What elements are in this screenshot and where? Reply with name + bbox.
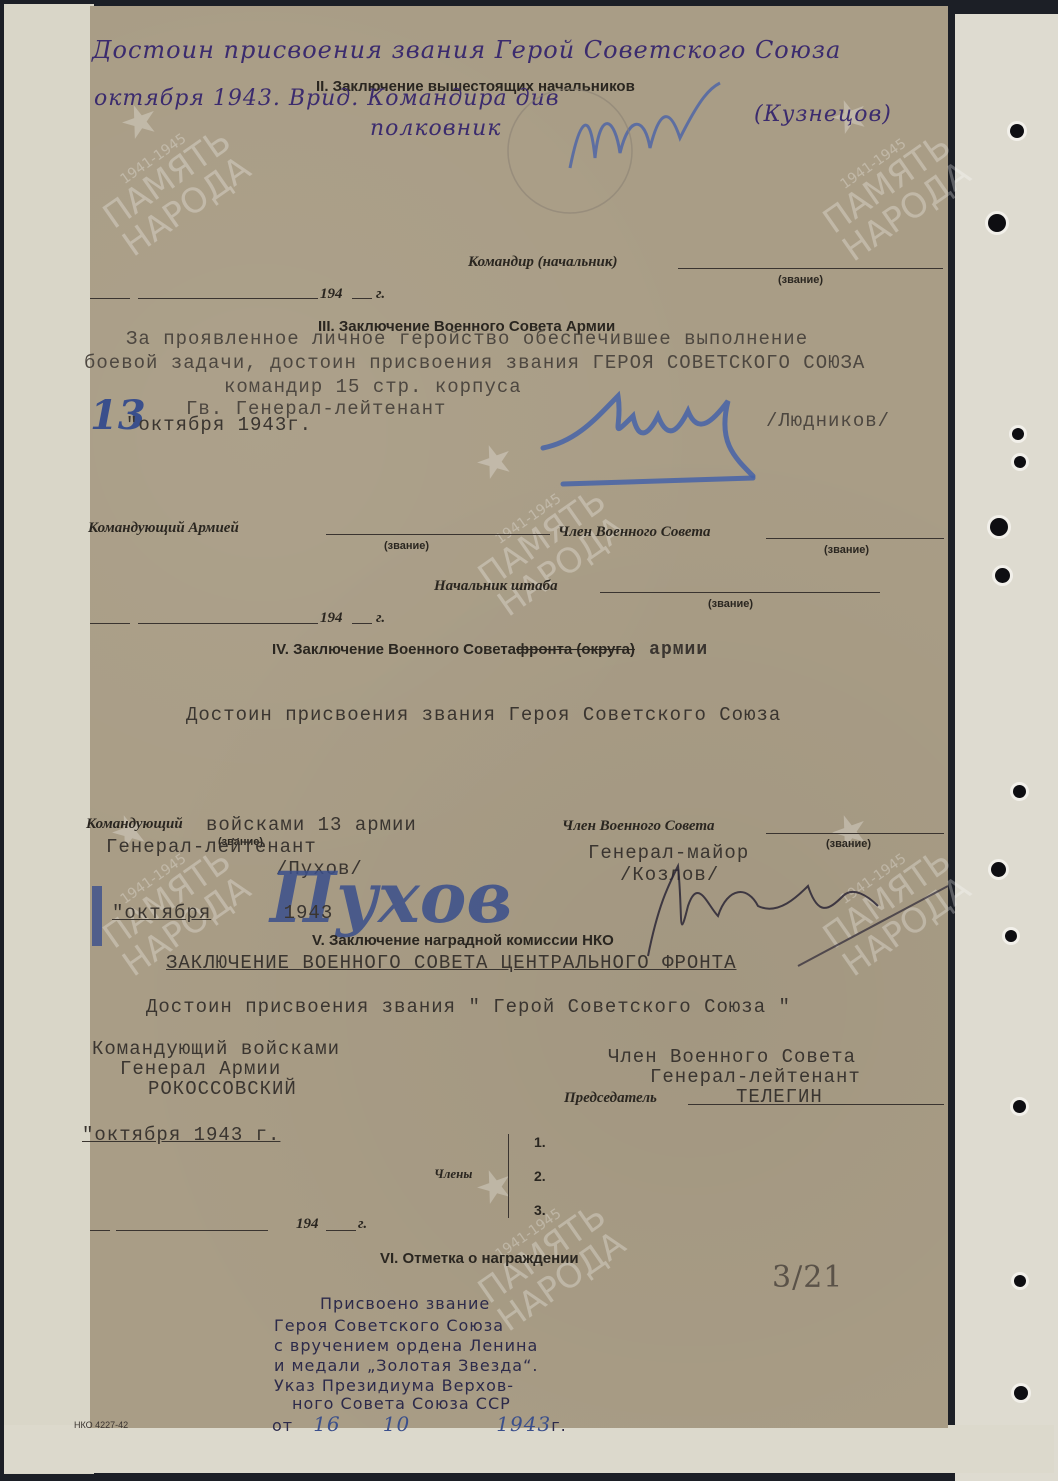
typed-chairman-name: ТЕЛЕГИН	[736, 1086, 823, 1108]
typed-front-council-heading: ЗАКЛЮЧЕНИЕ ВОЕННОГО СОВЕТА ЦЕНТРАЛЬНОГО …	[166, 952, 737, 974]
date-year-line	[352, 623, 372, 624]
date-day-line	[90, 298, 130, 299]
date-day-line	[90, 623, 130, 624]
rank-caption: (звание)	[826, 838, 871, 850]
punch-hole	[1014, 1386, 1028, 1400]
award-stamp-line-4: и медали „Золотая Звезда“.	[274, 1356, 538, 1375]
council-member-rank-line	[766, 538, 944, 539]
section-4-heading-army: армии	[649, 640, 708, 660]
member-3: 3.	[534, 1202, 546, 1218]
date-year-suffix: г.	[376, 286, 385, 303]
award-stamp-line-5: Указ Президиума Верхов-	[274, 1376, 514, 1395]
rank-caption: (звание)	[384, 540, 429, 552]
award-stamp-date: от 16 10 1943г.	[272, 1412, 567, 1436]
typed-council-name: /Козлов/	[620, 864, 719, 886]
army-commander-rank-line	[326, 534, 550, 535]
typed-signer-name: /Людников/	[766, 410, 890, 432]
date-year-prefix: 194	[320, 286, 343, 303]
punch-hole	[1012, 428, 1024, 440]
watermark-star-icon: ★	[467, 1156, 522, 1217]
rank-caption: (звание)	[708, 598, 753, 610]
stamp-year: 1943	[496, 1412, 551, 1436]
watermark: 1941-1945 ПАМЯТЬ НАРОДА	[810, 117, 977, 268]
backing-sheet-left	[4, 4, 94, 1474]
date-year-prefix: 194	[296, 1216, 319, 1233]
commander-label: Командир (начальник)	[468, 254, 618, 271]
section-4-heading: IV. Заключение Военного Советафронта (ок…	[272, 640, 708, 660]
handwritten-recommendation: Достоин присвоения звания Герой Советско…	[92, 36, 841, 64]
typed-signer-position: командир 15 стр. корпуса	[224, 376, 522, 398]
punch-hole	[991, 862, 1006, 877]
member-2: 2.	[534, 1168, 546, 1184]
blue-pencil-mark	[92, 886, 102, 946]
chairman-label: Председатель	[564, 1090, 657, 1107]
date-day-line	[90, 1230, 110, 1231]
commander-rank-line	[678, 268, 943, 269]
punch-hole	[1010, 124, 1024, 138]
typed-commander-rank: Генерал-лейтенант	[106, 836, 317, 858]
punch-hole	[1005, 930, 1017, 942]
punch-hole	[990, 518, 1008, 536]
date-month-line	[116, 1230, 268, 1231]
typed-front-commander-name: РОКОССОВСКИЙ	[148, 1078, 297, 1100]
backing-sheet-right	[955, 14, 1058, 1481]
front-commander-label: Командующий	[86, 816, 183, 833]
stamp-month: 10	[383, 1412, 410, 1436]
award-stamp-line-6: ного Совета Союза ССР	[292, 1394, 511, 1413]
date-year-line	[352, 298, 372, 299]
typed-front-commander-rank: Генерал Армии	[120, 1058, 281, 1080]
watermark: 1941-1945 ПАМЯТЬ НАРОДА	[810, 832, 977, 983]
date-year-prefix: 194	[320, 610, 343, 627]
typed-front-council-position: Член Военного Совета	[608, 1046, 856, 1068]
council-member-label: Член Военного Совета	[562, 818, 715, 835]
handwritten-rank: полковник	[370, 116, 501, 141]
typed-commander-unit: войсками 13 армии	[206, 814, 417, 836]
watermark-star-icon: ★	[822, 801, 877, 862]
award-stamp-line-1: Присвоено звание	[320, 1294, 490, 1313]
typed-front-commander-position: Командующий войсками	[92, 1038, 340, 1060]
watermark-star-icon: ★	[467, 431, 522, 492]
council-member-rank-line	[766, 833, 944, 834]
stamp-day: 16	[313, 1412, 340, 1436]
signature-corps-commander	[538, 386, 778, 506]
section-6-heading: VI. Отметка о награждении	[380, 1250, 579, 1267]
date-year-line	[326, 1230, 356, 1231]
rank-caption: (звание)	[824, 544, 869, 556]
handwritten-date-rank: октября 1943. Врид. Командира див	[94, 86, 560, 111]
typed-date-year: 1943	[284, 902, 334, 924]
typed-date: "октября 1943	[112, 902, 333, 924]
typed-front-council-rank: Генерал-лейтенант	[650, 1066, 861, 1088]
signature-army-commander: Пухов	[270, 856, 512, 939]
members-label: Члены	[434, 1166, 472, 1182]
punch-hole	[988, 214, 1006, 232]
rank-caption: (звание)	[778, 274, 823, 286]
award-document-page: ★ 1941-1945 ПАМЯТЬ НАРОДА ★ 1941-1945 ПА…	[90, 6, 948, 1428]
typed-verdict: Достоин присвоения звания Героя Советско…	[186, 704, 781, 726]
punch-hole	[995, 568, 1010, 583]
members-brace	[508, 1134, 513, 1218]
typed-front-date: "октября 1943 г.	[82, 1124, 280, 1146]
typed-date: "октября 1943г.	[126, 414, 312, 436]
member-1: 1.	[534, 1134, 546, 1150]
typed-council-rank: Генерал-майор	[588, 842, 749, 864]
council-member-label: Член Военного Совета	[558, 524, 711, 541]
section-4-heading-text: IV. Заключение Военного Совета	[272, 641, 516, 658]
typed-date-month: "октября	[112, 902, 211, 924]
date-month-line	[138, 623, 318, 624]
date-year-suffix: г.	[358, 1216, 367, 1233]
chief-of-staff-label: Начальник штаба	[434, 578, 558, 595]
punch-hole	[1014, 1275, 1026, 1287]
stamp-year-suffix: г.	[551, 1416, 567, 1435]
typed-front-verdict: Достоин присвоения звания " Герой Советс…	[146, 996, 791, 1018]
form-code: НКО 4227-42	[74, 1420, 128, 1430]
watermark: 1941-1945 ПАМЯТЬ НАРОДА	[90, 112, 257, 263]
chief-of-staff-rank-line	[600, 592, 880, 593]
punch-hole	[1013, 785, 1026, 798]
army-commander-label: Командующий Армией	[88, 520, 239, 537]
typed-justification-line-2: боевой задачи, достоин присвоения звания…	[84, 352, 865, 374]
typed-justification-line-1: За проявленное личное геройство обеспечи…	[126, 328, 808, 350]
section-5-heading: V. Заключение наградной комиссии НКО	[312, 932, 614, 949]
date-year-suffix: г.	[376, 610, 385, 627]
award-stamp-line-3: с вручением ордена Ленина	[274, 1336, 538, 1355]
archive-mark: 3/21	[772, 1260, 843, 1295]
punch-hole	[1013, 1100, 1026, 1113]
award-stamp-line-2: Героя Советского Союза	[274, 1316, 504, 1335]
punch-hole	[1014, 456, 1026, 468]
watermark: 1941-1945 ПАМЯТЬ НАРОДА	[465, 472, 632, 623]
date-month-line	[138, 298, 318, 299]
handwritten-name: (Кузнецов)	[754, 102, 892, 127]
section-4-heading-struck: фронта (округа)	[516, 641, 635, 658]
stamp-date-prefix: от	[272, 1416, 293, 1435]
